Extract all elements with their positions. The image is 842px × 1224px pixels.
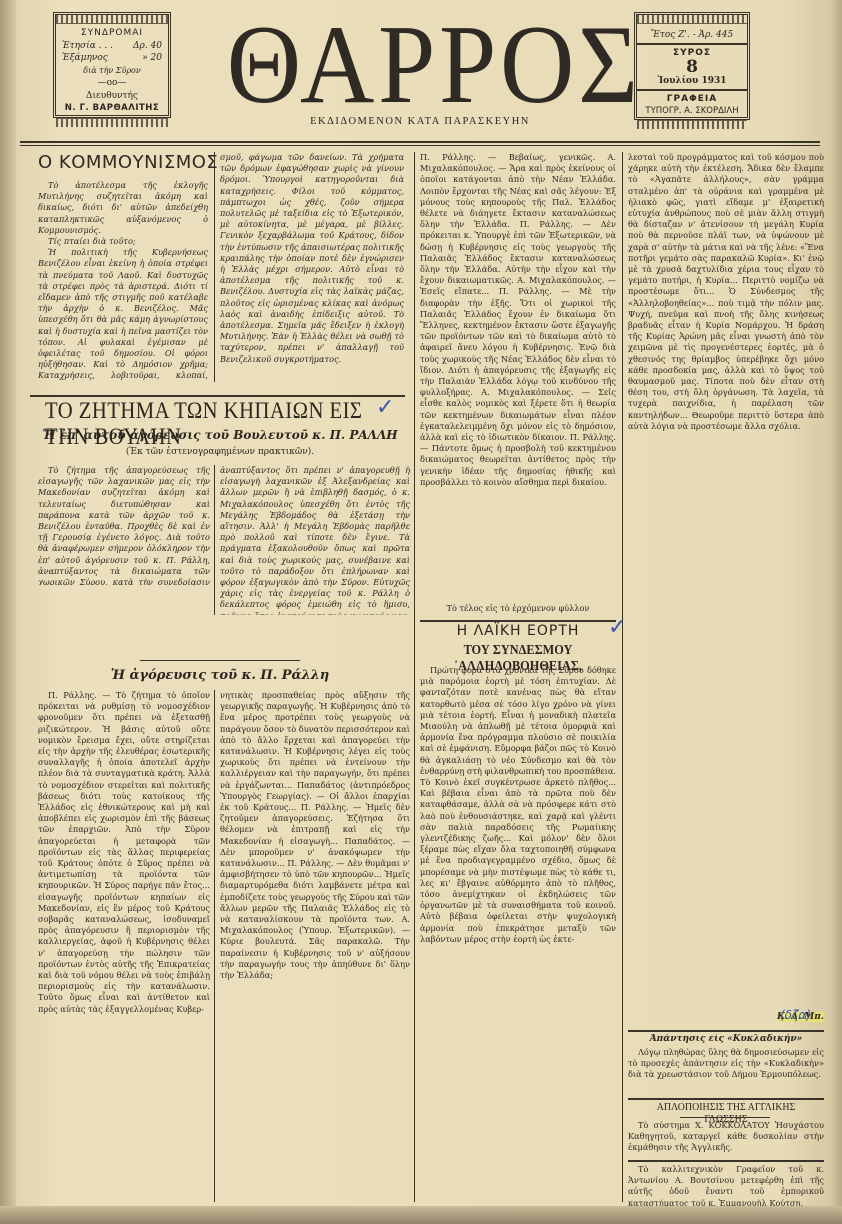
reply-heading: Ἀπάντησις εἰς «Κυκλαδικήν» [628, 1034, 824, 1046]
masthead-rule-thin [20, 145, 820, 146]
column-divider [214, 152, 215, 382]
section-rule [628, 1160, 824, 1162]
paragraph: νητικὰς προσπαθείας πρὸς αὔξησιν τῆς γεω… [220, 690, 410, 981]
greek-key-ornament [637, 120, 747, 129]
subscription-note: διὰ τὴν Σῦρον [56, 65, 168, 78]
paragraph: Τὸ ἀποτέλεσμα τῆς ἐκλογῆς Μυτιλήνης συζη… [38, 180, 208, 236]
column-divider [214, 690, 215, 1202]
newspaper-title: ΘΑΡΡΟΣ [227, 15, 613, 115]
gardeners-intro-col-1: Τὸ ζήτημα τῆς ἀπαγορεύσεως τῆς εἰσαγωγῆς… [38, 465, 210, 585]
festival-col-4: λεσταὶ τοῦ προγράμματος καὶ τοῦ κόσμου π… [628, 152, 824, 994]
greek-key-ornament [637, 15, 747, 24]
festival-col-3: Πρώτη φορὰ στὰ χρονικὰ τῆς Σύρου δόθηκε … [420, 665, 616, 1202]
semi-price: » 20 [142, 52, 162, 65]
reply-text: Λόγῳ πληθώρας ὕλης θὰ δημοσιεύσωμεν εἰς … [628, 1047, 824, 1093]
annual-price-row: Ἐτησία . . . Δρ. 40 [56, 40, 168, 53]
paragraph: λεσταὶ τοῦ προγράμματος καὶ τοῦ κόσμου π… [628, 152, 824, 432]
newspaper-subtitle: ΕΚΔΙΔΟΜΕΝΟΝ ΚΑΤΑ ΠΑΡΑΣΚΕΥΗΝ [230, 116, 610, 127]
year-number: Ἔτος Ζ'. - Ἀρ. 445 [637, 27, 747, 45]
gardeners-intro-col-2: ἀναπτύξαντος ὅτι πρέπει ν' ἀπαγορευθῇ ἡ … [220, 465, 410, 615]
director-name: Ν. Γ. ΒΑΡΘΑΛΙΤΗΣ [56, 102, 168, 115]
handwritten-check-mark: ✓ [376, 395, 394, 420]
communism-col-1: Τὸ ἀποτέλεσμα τῆς ἐκλογῆς Μυτιλήνης συζη… [38, 180, 208, 380]
divider-ornament: —oo— [56, 77, 168, 90]
issue-box: Ἔτος Ζ'. - Ἀρ. 445 ΣΥΡΟΣ 8 Ἰουλίου 1931 … [634, 12, 750, 120]
paragraph: Τὸ ζήτημα τῆς ἀπαγορεύσεως τῆς εἰσαγωγῆς… [38, 465, 210, 585]
page-bottom-edge [0, 1206, 842, 1224]
speech-col-2: νητικὰς προσπαθείας πρὸς αὔξησιν τῆς γεω… [220, 690, 410, 1202]
festival-headline-1: Η ΛΑΪΚΗ ΕΟΡΤΗ [420, 623, 616, 639]
handwritten-annotation: (δζα) [780, 1008, 811, 1022]
gardeners-headline: ΤΟ ΖΗΤΗΜΑ ΤΩΝ ΚΗΠΑΙΩΝ ΕΙΣ ΤΗΝ ΒΟΥΛΗΝ [45, 398, 405, 450]
paragraph: Τίς πταίει διὰ τοῦτο; [38, 236, 208, 247]
short-rule [680, 1117, 770, 1118]
speech-col-1: Π. Ράλλης. — Τὸ ζήτημα τὸ ὁποῖον πρόκειτ… [38, 690, 210, 1202]
issue-date-block: ΣΥΡΟΣ 8 Ἰουλίου 1931 [637, 45, 747, 91]
offices-label: ΓΡΑΦΕΙΑ [637, 91, 747, 105]
paragraph: Τὸ σύστημα Χ. ΚΟΚΚΟΛΑΤΟΥ Ἡσυχάστου Καθηγ… [628, 1120, 824, 1154]
continued-note: Τὸ τέλος εἰς τὸ ἐρχόμενον φύλλον [420, 603, 616, 615]
issue-day: 8 [637, 59, 747, 75]
communism-headline: Ο ΚΟΜΜΟΥΝΙΣΜΟΣ [38, 152, 218, 173]
printer-name: ΤΥΠΟΓΡ. Α. ΣΚΟΡΔΙΛΗ [637, 105, 747, 117]
speech-heading: Ἡ ἀγόρευσις τοῦ κ. Π. Ράλλη [30, 668, 410, 683]
annual-label: Ἐτησία . . . [62, 40, 113, 53]
newspaper-page: ΣΥΝΔΡΟΜΑΙ Ἐτησία . . . Δρ. 40 Ἑξάμηνος »… [0, 0, 842, 1224]
english-text: Τὸ σύστημα Χ. ΚΟΚΚΟΛΑΤΟΥ Ἡσυχάστου Καθηγ… [628, 1120, 824, 1156]
column-divider [622, 152, 623, 1202]
section-rule [420, 620, 616, 622]
section-rule [628, 1030, 824, 1032]
subscriptions-heading: ΣΥΝΔΡΟΜΑΙ [56, 27, 168, 40]
gardeners-deck: Ἡ ἐπ' αὐτοῦ ἀγόρευσις τοῦ Βουλευτοῦ κ. Π… [30, 428, 410, 442]
communism-col-2: σμοῦ, φάγωμα τῶν δανείων. Τὰ χρήματα τῶν… [220, 152, 404, 382]
paragraph: Π. Ράλλης. — Βεβαίως, γενικῶς. Α. Μιχαλα… [420, 152, 616, 488]
gardeners-source-note: (Ἐκ τῶν ἐστενογραφημένων πρακτικῶν). [30, 447, 410, 457]
semi-label: Ἑξάμηνος [62, 52, 108, 65]
page-binding-shadow [0, 0, 16, 1224]
masthead-rule [20, 141, 820, 143]
greek-key-ornament [56, 118, 168, 127]
studio-text: Τὸ καλλιτεχνικὸν Γραφεῖον τοῦ κ. Ἀντωνίο… [628, 1164, 824, 1206]
column-divider [414, 152, 415, 1202]
paragraph: Π. Ράλλης. — Τὸ ζήτημα τὸ ὁποῖον πρόκειτ… [38, 690, 210, 1015]
paragraph: Πρώτη φορὰ στὰ χρονικὰ τῆς Σύρου δόθηκε … [420, 665, 616, 945]
annual-price: Δρ. 40 [133, 40, 162, 53]
handwritten-check-mark: ✓ [608, 615, 626, 640]
paragraph: Τὸ καλλιτεχνικὸν Γραφεῖον τοῦ κ. Ἀντωνίο… [628, 1164, 824, 1206]
debate-col-3: Π. Ράλλης. — Βεβαίως, γενικῶς. Α. Μιχαλα… [420, 152, 616, 602]
paragraph: Ἡ πολιτικὴ τῆς Κυβερνήσεως Βενιζέλου εἶν… [38, 247, 208, 380]
paragraph: σμοῦ, φάγωμα τῶν δανείων. Τὰ χρήματα τῶν… [220, 152, 404, 365]
subscription-box: ΣΥΝΔΡΟΜΑΙ Ἐτησία . . . Δρ. 40 Ἑξάμηνος »… [53, 12, 171, 118]
section-rule [30, 395, 405, 397]
section-rule [628, 1098, 824, 1100]
director-label: Διευθυντής [56, 90, 168, 103]
greek-key-ornament [56, 15, 168, 24]
column-divider [214, 465, 215, 615]
issue-month-year: Ἰουλίου 1931 [637, 75, 747, 87]
short-rule [140, 660, 300, 661]
paragraph: ἀναπτύξαντος ὅτι πρέπει ν' ἀπαγορευθῇ ἡ … [220, 465, 410, 615]
paragraph: Λόγῳ πληθώρας ὕλης θὰ δημοσιεύσωμεν εἰς … [628, 1047, 824, 1081]
semi-price-row: Ἑξάμηνος » 20 [56, 52, 168, 65]
